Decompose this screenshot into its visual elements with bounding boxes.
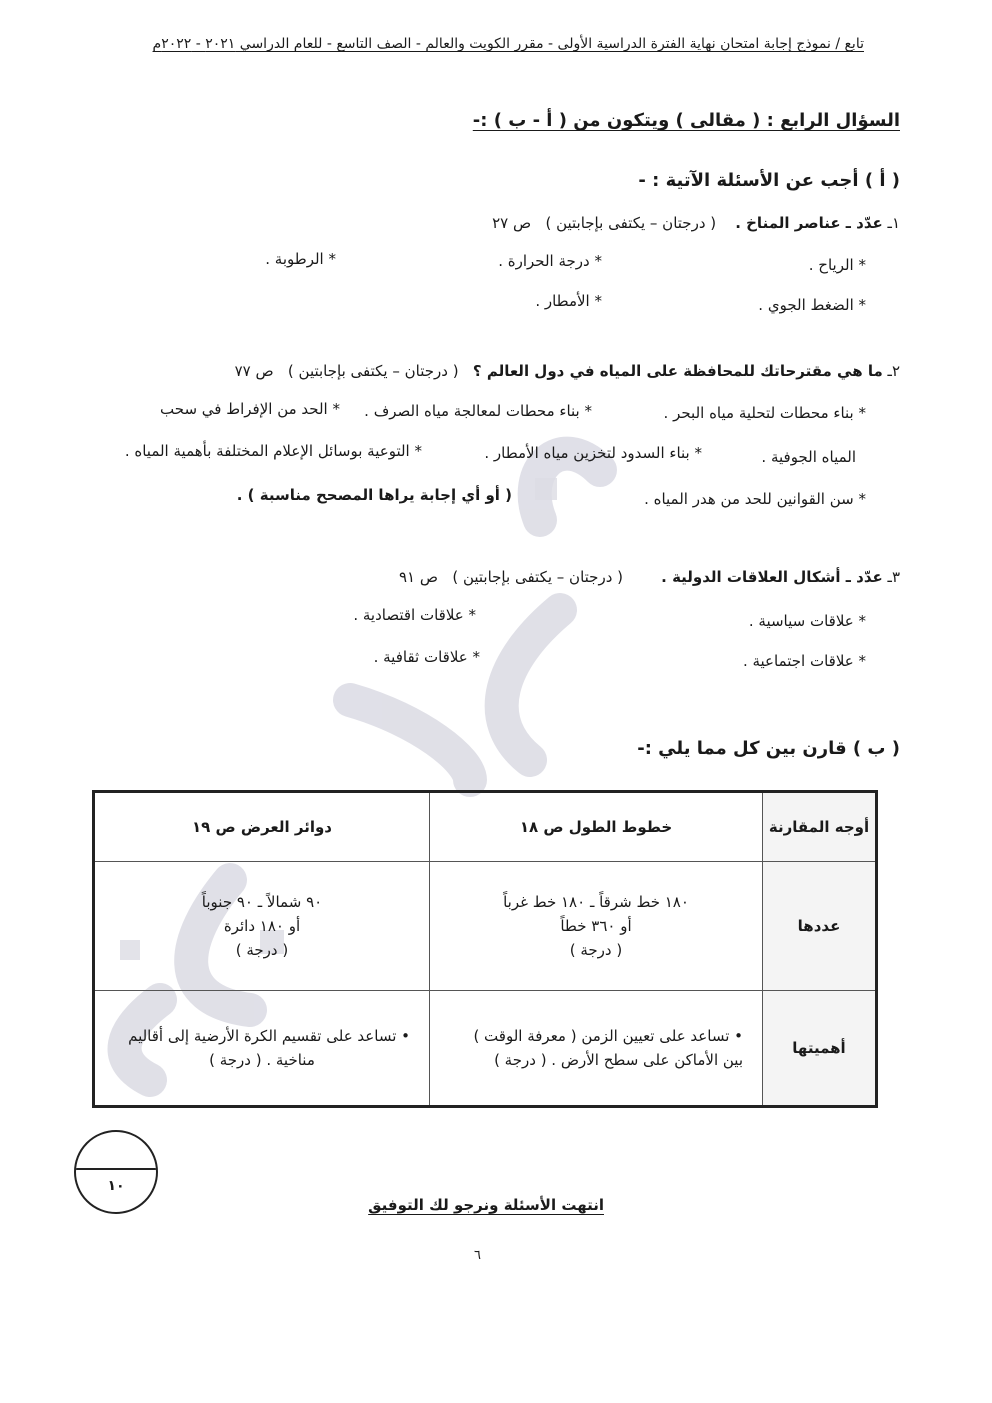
cell-line: • تساعد على تعيين الزمن ( معرفة الوقت ) bbox=[431, 1024, 761, 1048]
q1-answer: * الرطوبة . bbox=[265, 250, 336, 268]
cell-line: أو ١٨٠ دائرة bbox=[96, 914, 428, 938]
section-b-title: ( ب ) قارن بين كل مما يلي :- bbox=[637, 738, 900, 759]
q1-answer: * الأمطار . bbox=[535, 292, 602, 310]
q3-number: ٣ـ bbox=[888, 568, 900, 586]
latitude-count-cell: ٩٠ شمالاً ـ ٩٠ جنوباً أو ١٨٠ دائرة ( درج… bbox=[94, 862, 430, 991]
q2-answer: المياه الجوفية . bbox=[761, 448, 856, 466]
q2-note: ( أو أي إجابة يراها المصحح مناسبة ) . bbox=[237, 486, 512, 504]
score-divider bbox=[76, 1168, 156, 1170]
longitude-count-cell: ١٨٠ خط شرقاً ـ ١٨٠ خط غرباً أو ٣٦٠ خطاً … bbox=[430, 862, 763, 991]
q2-header: ٢ـ ما هي مقترحاتك للمحافظة على المياه في… bbox=[235, 362, 900, 380]
q1-answer: * الرياح . bbox=[809, 256, 866, 274]
question-title: السؤال الرابع : ( مقالى ) ويتكون من ( أ … bbox=[473, 110, 900, 131]
q3-prompt: عدّد ـ أشكال العلاقات الدولية . bbox=[661, 568, 883, 586]
section-a-title: ( أ ) أجب عن الأسئلة الآتية : - bbox=[638, 170, 900, 191]
cell-line: مناخية . ( درجة ) bbox=[96, 1048, 428, 1072]
score-circle: ١٠ bbox=[74, 1130, 158, 1214]
row-label-importance: أهميتها bbox=[763, 991, 877, 1107]
q2-answer: * بناء محطات لمعالجة مياه الصرف . bbox=[364, 402, 592, 420]
q1-prompt: عدّد ـ عناصر المناخ . bbox=[735, 214, 883, 232]
comparison-table: أوجه المقارنة خطوط الطول ص ١٨ دوائر العر… bbox=[92, 790, 878, 1108]
closing-message: انتهت الأسئلة ونرجو لك التوفيق bbox=[368, 1196, 604, 1214]
table-row: عددها ١٨٠ خط شرقاً ـ ١٨٠ خط غرباً أو ٣٦٠… bbox=[94, 862, 877, 991]
table-header-row: أوجه المقارنة خطوط الطول ص ١٨ دوائر العر… bbox=[94, 792, 877, 862]
cell-line: • تساعد على تقسيم الكرة الأرضية إلى أقال… bbox=[96, 1024, 428, 1048]
q2-marks: ( درجتان – يكتفى بإجابتين ) bbox=[288, 362, 459, 380]
header-latitude: دوائر العرض ص ١٩ bbox=[94, 792, 430, 862]
q3-answer: * علاقات سياسية . bbox=[749, 612, 866, 630]
q1-number: ١ـ bbox=[888, 214, 900, 232]
q3-answer: * علاقات ثقافية . bbox=[374, 648, 480, 666]
q3-answer: * علاقات اجتماعية . bbox=[743, 652, 866, 670]
header-longitude: خطوط الطول ص ١٨ bbox=[430, 792, 763, 862]
cell-line: ( درجة ) bbox=[431, 938, 761, 962]
page-number: ٦ bbox=[474, 1248, 481, 1263]
header-aspect: أوجه المقارنة bbox=[763, 792, 877, 862]
table-row: أهميتها • تساعد على تعيين الزمن ( معرفة … bbox=[94, 991, 877, 1107]
cell-line: ١٨٠ خط شرقاً ـ ١٨٠ خط غرباً bbox=[431, 890, 761, 914]
cell-line: ٩٠ شمالاً ـ ٩٠ جنوباً bbox=[96, 890, 428, 914]
exam-answer-page: تابع / نموذج إجابة امتحان نهاية الفترة ا… bbox=[0, 0, 992, 1403]
q1-header: ١ـ عدّد ـ عناصر المناخ . ( درجتان – يكتف… bbox=[492, 214, 900, 232]
q1-marks: ( درجتان – يكتفى بإجابتين ) bbox=[545, 214, 716, 232]
q3-header: ٣ـ عدّد ـ أشكال العلاقات الدولية . ( درج… bbox=[399, 568, 900, 586]
latitude-importance-cell: • تساعد على تقسيم الكرة الأرضية إلى أقال… bbox=[94, 991, 430, 1107]
q2-answer: * التوعية بوسائل الإعلام المختلفة بأهمية… bbox=[125, 442, 422, 460]
q1-answer: * درجة الحرارة . bbox=[498, 252, 602, 270]
cell-line: أو ٣٦٠ خطاً bbox=[431, 914, 761, 938]
q3-marks: ( درجتان – يكتفى بإجابتين ) bbox=[452, 568, 623, 586]
q1-page: ص ٢٧ bbox=[492, 214, 531, 232]
q2-answer: * بناء السدود لتخزين مياه الأمطار . bbox=[484, 444, 702, 462]
q2-number: ٢ـ bbox=[888, 362, 900, 380]
cell-line: بين الأماكن على سطح الأرض . ( درجة ) bbox=[431, 1048, 761, 1072]
longitude-importance-cell: • تساعد على تعيين الزمن ( معرفة الوقت ) … bbox=[430, 991, 763, 1107]
q2-answer: * الحد من الإفراط في سحب bbox=[160, 400, 340, 418]
q2-answer: * سن القوانين للحد من هدر المياه . bbox=[644, 490, 866, 508]
row-label-count: عددها bbox=[763, 862, 877, 991]
q3-page: ص ٩١ bbox=[399, 568, 438, 586]
cell-line: ( درجة ) bbox=[96, 938, 428, 962]
page-header: تابع / نموذج إجابة امتحان نهاية الفترة ا… bbox=[153, 36, 864, 52]
q2-page: ص ٧٧ bbox=[235, 362, 274, 380]
q2-prompt: ما هي مقترحاتك للمحافظة على المياه في دو… bbox=[473, 362, 883, 380]
q3-answer: * علاقات اقتصادية . bbox=[353, 606, 476, 624]
q1-answer: * الضغط الجوي . bbox=[758, 296, 866, 314]
q2-answer: * بناء محطات لتحلية مياه البحر . bbox=[664, 404, 866, 422]
score-total: ١٠ bbox=[76, 1178, 156, 1194]
